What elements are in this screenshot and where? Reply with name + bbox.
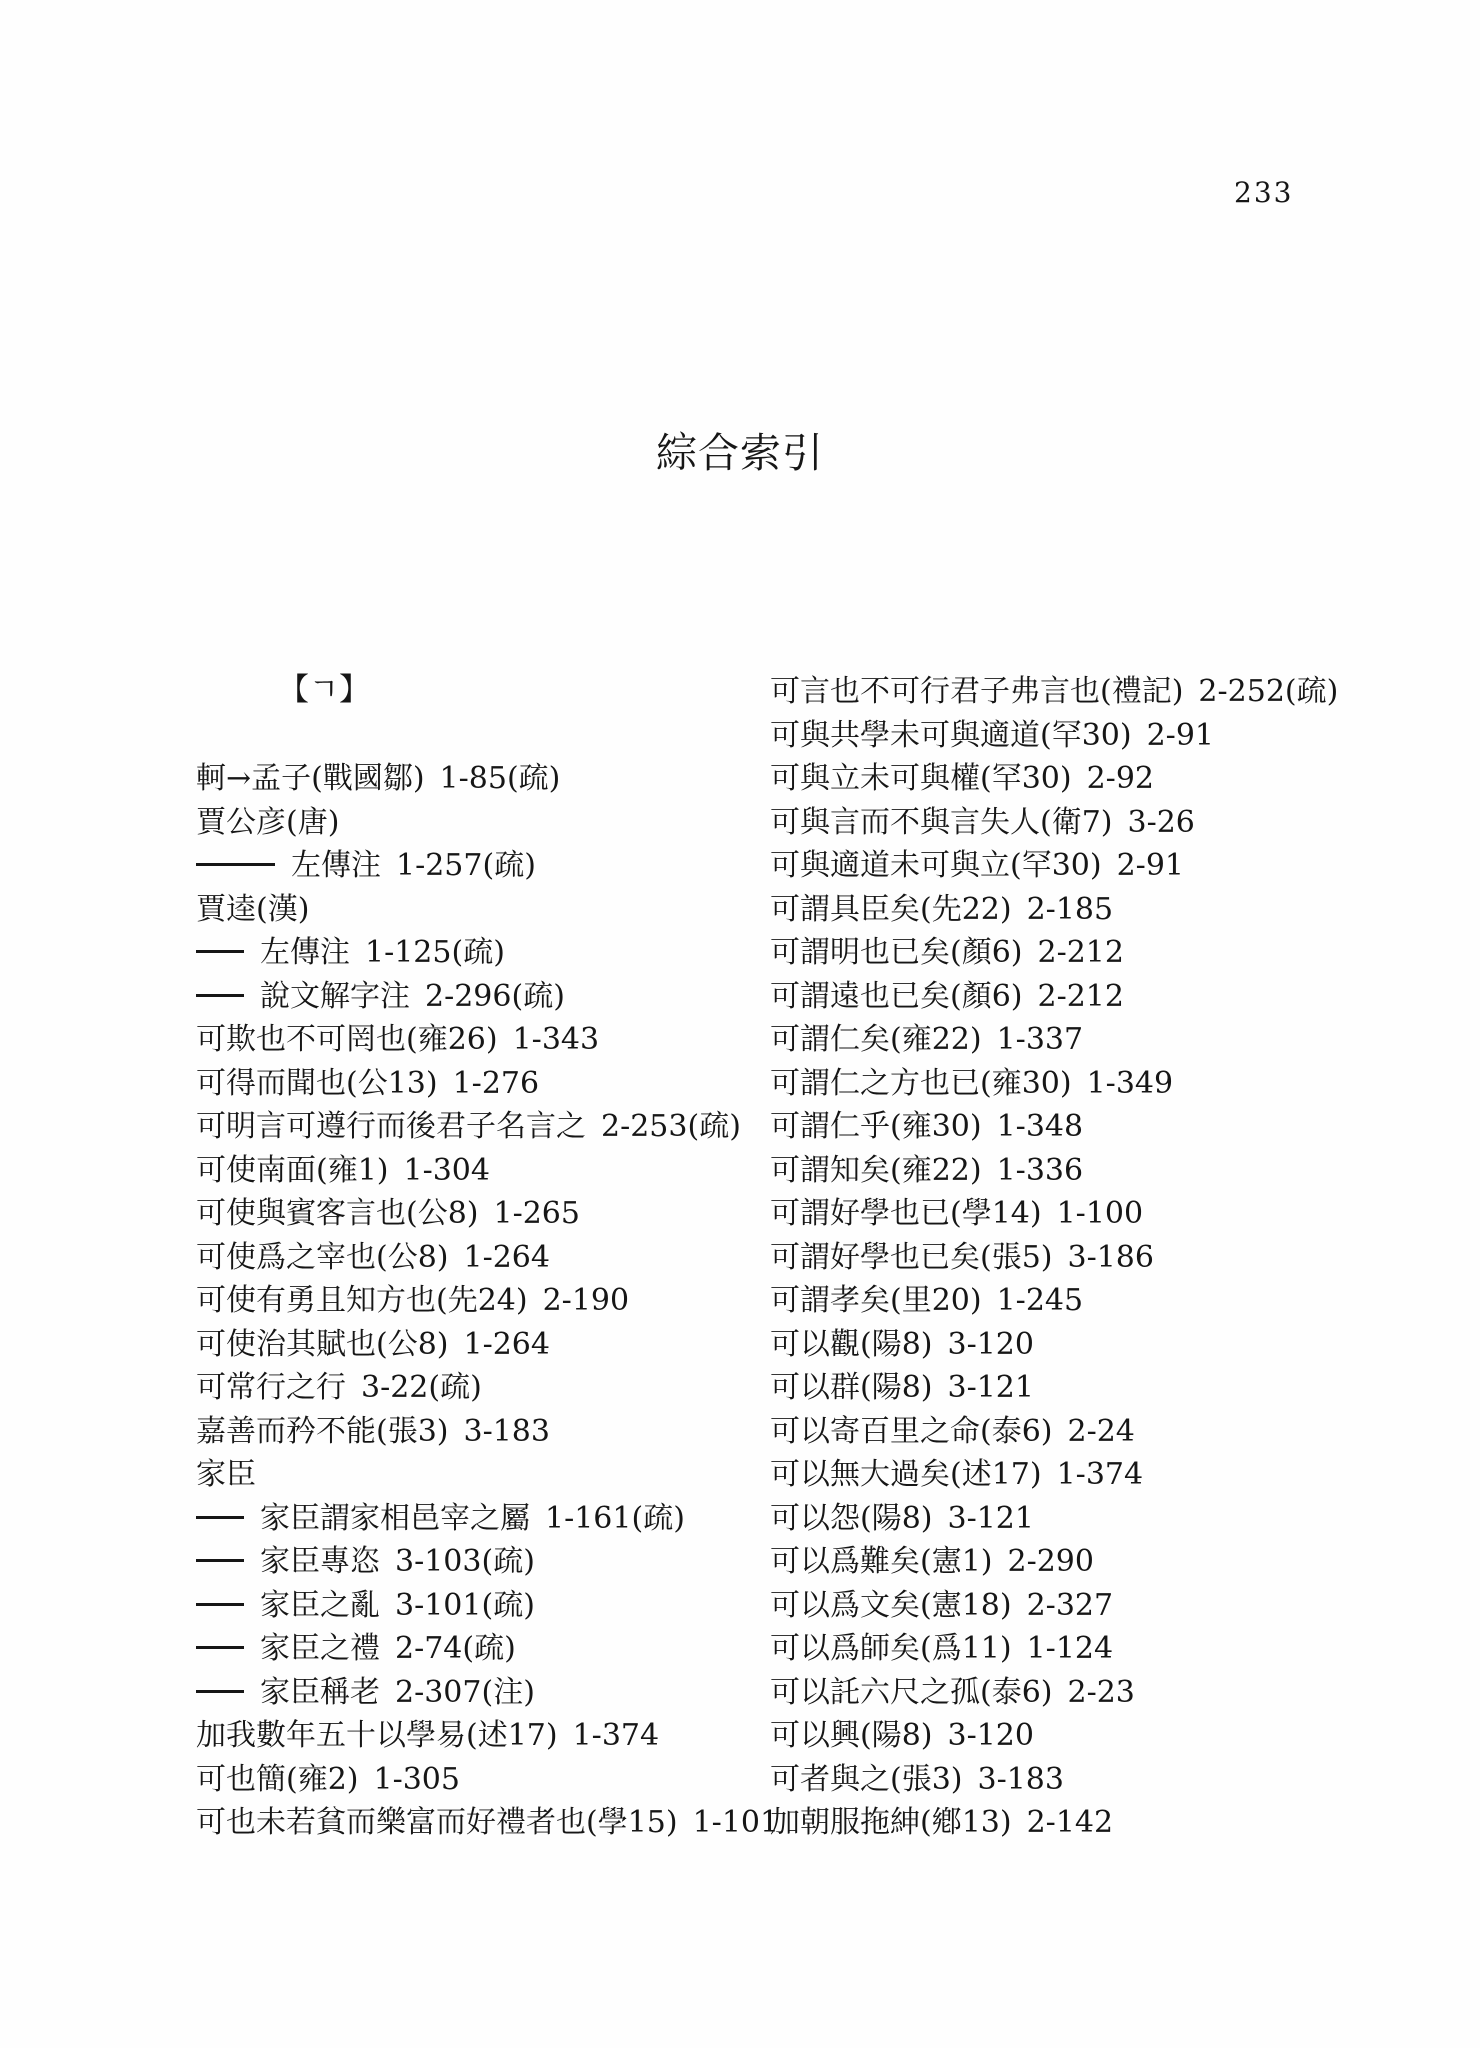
index-entry-row: 可謂仁矣(雍22)1-337 (770, 1018, 1370, 1062)
index-entry-row: 可者與之(張3)3-183 (770, 1758, 1370, 1802)
right-column: 可言也不可行君子弗言也(禮記)2-252(疏)可與共學未可與適道(罕30)2-9… (770, 670, 1370, 1845)
entry-term: 可言也不可行君子弗言也(禮記) (770, 674, 1183, 709)
ditto-dash (196, 1603, 244, 1606)
entry-term: 可以爲難矣(憲1) (770, 1544, 993, 1579)
entry-term: 可以無大過矣(述17) (770, 1457, 1042, 1492)
entry-term: 可使治其賦也(公8) (196, 1327, 449, 1362)
entry-ref: 1-124 (1027, 1631, 1113, 1666)
entry-term: 可以怨(陽8) (770, 1501, 933, 1536)
index-entry-row: 家臣 (196, 1453, 781, 1497)
entry-ref: 1-245 (997, 1283, 1083, 1318)
entry-ref: 2-252(疏) (1198, 674, 1338, 709)
entry-ref: 1-101 (693, 1805, 779, 1840)
index-entry-row: 可言也不可行君子弗言也(禮記)2-252(疏) (770, 670, 1370, 714)
index-entry-row: 加我數年五十以學易(述17)1-374 (196, 1714, 781, 1758)
index-entry-row: 可以爲文矣(憲18)2-327 (770, 1584, 1370, 1628)
entry-term: 可謂遠也已矣(顏6) (770, 979, 1023, 1014)
entry-ref: 1-348 (997, 1109, 1083, 1144)
index-entry-row: 可使南面(雍1)1-304 (196, 1149, 781, 1193)
index-entry-row: 可以興(陽8)3-120 (770, 1714, 1370, 1758)
left-column: 軻→孟子(戰國鄒)1-85(疏)賈公彦(唐)左傳注1-257(疏)賈逵(漢)左傳… (196, 757, 781, 1845)
ditto-dash (196, 1646, 244, 1649)
entry-term: 可使有勇且知方也(先24) (196, 1283, 528, 1318)
entry-term: 可也簡(雍2) (196, 1762, 359, 1797)
entry-term: 可使爲之宰也(公8) (196, 1240, 449, 1275)
index-entry-row: 可謂知矣(雍22)1-336 (770, 1149, 1370, 1193)
entry-term: 可明言可遵行而後君子名言之 (196, 1109, 586, 1144)
entry-ref: 1-304 (404, 1153, 490, 1188)
entry-ref: 1-264 (464, 1240, 550, 1275)
index-entry-row: 可謂具臣矣(先22)2-185 (770, 888, 1370, 932)
index-entry-row: 家臣之亂3-101(疏) (196, 1584, 781, 1628)
index-entry-row: 左傳注1-125(疏) (196, 931, 781, 975)
entry-term: 賈逵(漢) (196, 892, 309, 927)
entry-term: 可與共學未可與適道(罕30) (770, 718, 1132, 753)
index-entry-row: 可以託六尺之孤(泰6)2-23 (770, 1671, 1370, 1715)
index-entry-row: 可使爲之宰也(公8)1-264 (196, 1236, 781, 1280)
entry-term: 可欺也不可罔也(雍26) (196, 1022, 498, 1057)
index-entry-row: 軻→孟子(戰國鄒)1-85(疏) (196, 757, 781, 801)
entry-ref: 3-103(疏) (395, 1544, 535, 1579)
ditto-dash (196, 950, 244, 953)
entry-ref: 2-212 (1038, 935, 1124, 970)
entry-ref: 1-85(疏) (440, 761, 561, 796)
entry-ref: 2-142 (1027, 1805, 1113, 1840)
entry-ref: 3-121 (948, 1501, 1034, 1536)
entry-ref: 2-190 (543, 1283, 629, 1318)
entry-ref: 1-343 (513, 1022, 599, 1057)
entry-term: 可使南面(雍1) (196, 1153, 389, 1188)
index-entry-row: 可謂明也已矣(顏6)2-212 (770, 931, 1370, 975)
entry-ref: 1-276 (453, 1066, 539, 1101)
entry-term: 家臣 (196, 1457, 256, 1492)
entry-term: 加朝服拖紳(鄕13) (770, 1805, 1012, 1840)
ditto-dash (196, 863, 275, 866)
entry-term: 可謂孝矣(里20) (770, 1283, 982, 1318)
entry-ref: 1-125(疏) (365, 935, 505, 970)
entry-term: 可以爲文矣(憲18) (770, 1588, 1012, 1623)
entry-ref: 2-92 (1087, 761, 1154, 796)
index-entry-row: 可也未若貧而樂富而好禮者也(學15)1-101 (196, 1801, 781, 1845)
index-entry-row: 可與適道未可與立(罕30)2-91 (770, 844, 1370, 888)
entry-term: 可與適道未可與立(罕30) (770, 848, 1102, 883)
index-entry-row: 可謂仁之方也已(雍30)1-349 (770, 1062, 1370, 1106)
entry-term: 可得而聞也(公13) (196, 1066, 438, 1101)
index-entry-row: 可謂仁乎(雍30)1-348 (770, 1105, 1370, 1149)
index-entry-row: 可使治其賦也(公8)1-264 (196, 1323, 781, 1367)
entry-term: 左傳注 (260, 935, 350, 970)
entry-ref: 1-336 (997, 1153, 1083, 1188)
index-entry-row: 可以怨(陽8)3-121 (770, 1497, 1370, 1541)
index-entry-row: 可以觀(陽8)3-120 (770, 1323, 1370, 1367)
entry-ref: 1-265 (494, 1196, 580, 1231)
entry-ref: 1-100 (1057, 1196, 1143, 1231)
entry-term: 可謂知矣(雍22) (770, 1153, 982, 1188)
index-entry-row: 可常行之行3-22(疏) (196, 1366, 781, 1410)
entry-term: 可謂仁之方也已(雍30) (770, 1066, 1072, 1101)
entry-ref: 1-264 (464, 1327, 550, 1362)
entry-term: 左傳注 (291, 848, 381, 883)
entry-term: 可謂好學也已(學14) (770, 1196, 1042, 1231)
entry-term: 可謂明也已矣(顏6) (770, 935, 1023, 970)
entry-term: 嘉善而矜不能(張3) (196, 1414, 449, 1449)
entry-ref: 2-24 (1068, 1414, 1135, 1449)
index-entry-row: 左傳注1-257(疏) (196, 844, 781, 888)
index-entry-row: 可與立未可與權(罕30)2-92 (770, 757, 1370, 801)
index-page: 233 綜合索引 【ㄱ】 軻→孟子(戰國鄒)1-85(疏)賈公彦(唐)左傳注1-… (0, 0, 1480, 2048)
index-entry-row: 可謂好學也已矣(張5)3-186 (770, 1236, 1370, 1280)
entry-ref: 1-305 (374, 1762, 460, 1797)
index-entry-row: 家臣稱老2-307(注) (196, 1671, 781, 1715)
index-entry-row: 可以群(陽8)3-121 (770, 1366, 1370, 1410)
entry-ref: 1-161(疏) (545, 1501, 685, 1536)
entry-term: 可者與之(張3) (770, 1762, 963, 1797)
index-entry-row: 可明言可遵行而後君子名言之2-253(疏) (196, 1105, 781, 1149)
entry-ref: 2-307(注) (395, 1675, 535, 1710)
index-entry-row: 可與共學未可與適道(罕30)2-91 (770, 714, 1370, 758)
entry-ref: 3-26 (1128, 805, 1195, 840)
index-entry-row: 可與言而不與言失人(衛7)3-26 (770, 801, 1370, 845)
index-entry-row: 可以爲難矣(憲1)2-290 (770, 1540, 1370, 1584)
entry-term: 可以爲師矣(爲11) (770, 1631, 1012, 1666)
section-header-giyeok: 【ㄱ】 (278, 664, 370, 709)
index-entry-row: 可以爲師矣(爲11)1-124 (770, 1627, 1370, 1671)
entry-term: 可使與賓客言也(公8) (196, 1196, 479, 1231)
entry-ref: 3-120 (948, 1718, 1034, 1753)
index-entry-row: 可謂遠也已矣(顏6)2-212 (770, 975, 1370, 1019)
ditto-dash (196, 1516, 244, 1519)
entry-term: 可也未若貧而樂富而好禮者也(學15) (196, 1805, 678, 1840)
entry-term: 家臣之亂 (260, 1588, 380, 1623)
entry-ref: 2-91 (1117, 848, 1184, 883)
page-title: 綜合索引 (0, 420, 1480, 479)
entry-ref: 2-253(疏) (601, 1109, 741, 1144)
entry-term: 可以寄百里之命(泰6) (770, 1414, 1053, 1449)
entry-term: 可與立未可與權(罕30) (770, 761, 1072, 796)
index-entry-row: 可謂孝矣(里20)1-245 (770, 1279, 1370, 1323)
entry-term: 可以群(陽8) (770, 1370, 933, 1405)
entry-term: 可以觀(陽8) (770, 1327, 933, 1362)
index-entry-row: 可使有勇且知方也(先24)2-190 (196, 1279, 781, 1323)
ditto-dash (196, 994, 244, 997)
entry-ref: 3-22(疏) (361, 1370, 482, 1405)
entry-term: 可謂仁矣(雍22) (770, 1022, 982, 1057)
entry-term: 可以興(陽8) (770, 1718, 933, 1753)
entry-term: 說文解字注 (260, 979, 410, 1014)
entry-term: 可常行之行 (196, 1370, 346, 1405)
entry-ref: 2-23 (1068, 1675, 1135, 1710)
index-entry-row: 可使與賓客言也(公8)1-265 (196, 1192, 781, 1236)
index-entry-row: 可以無大過矣(述17)1-374 (770, 1453, 1370, 1497)
index-entry-row: 家臣之禮2-74(疏) (196, 1627, 781, 1671)
entry-ref: 1-374 (573, 1718, 659, 1753)
index-entry-row: 家臣專恣3-103(疏) (196, 1540, 781, 1584)
index-entry-row: 賈逵(漢) (196, 888, 781, 932)
entry-term: 加我數年五十以學易(述17) (196, 1718, 558, 1753)
entry-term: 家臣稱老 (260, 1675, 380, 1710)
index-entry-row: 賈公彦(唐) (196, 801, 781, 845)
entry-term: 可謂具臣矣(先22) (770, 892, 1012, 927)
ditto-dash (196, 1559, 244, 1562)
entry-term: 家臣之禮 (260, 1631, 380, 1666)
entry-term: 賈公彦(唐) (196, 805, 339, 840)
entry-ref: 2-74(疏) (395, 1631, 516, 1666)
entry-ref: 3-101(疏) (395, 1588, 535, 1623)
entry-term: 可謂仁乎(雍30) (770, 1109, 982, 1144)
index-entry-row: 可以寄百里之命(泰6)2-24 (770, 1410, 1370, 1454)
entry-ref: 2-327 (1027, 1588, 1113, 1623)
entry-ref: 2-290 (1008, 1544, 1094, 1579)
index-entry-row: 加朝服拖紳(鄕13)2-142 (770, 1801, 1370, 1845)
entry-ref: 1-257(疏) (396, 848, 536, 883)
entry-ref: 2-91 (1147, 718, 1214, 753)
index-entry-row: 可也簡(雍2)1-305 (196, 1758, 781, 1802)
entry-ref: 3-183 (464, 1414, 550, 1449)
entry-ref: 2-185 (1027, 892, 1113, 927)
entry-ref: 1-349 (1087, 1066, 1173, 1101)
entry-ref: 3-120 (948, 1327, 1034, 1362)
index-entry-row: 可謂好學也已(學14)1-100 (770, 1192, 1370, 1236)
entry-term: 家臣謂家相邑宰之屬 (260, 1501, 530, 1536)
index-entry-row: 可欺也不可罔也(雍26)1-343 (196, 1018, 781, 1062)
index-entry-row: 家臣謂家相邑宰之屬1-161(疏) (196, 1497, 781, 1541)
ditto-dash (196, 1690, 244, 1693)
entry-term: 可謂好學也已矣(張5) (770, 1240, 1053, 1275)
entry-ref: 2-296(疏) (425, 979, 565, 1014)
entry-ref: 1-337 (997, 1022, 1083, 1057)
index-entry-row: 嘉善而矜不能(張3)3-183 (196, 1410, 781, 1454)
entry-term: 可與言而不與言失人(衛7) (770, 805, 1113, 840)
index-entry-row: 可得而聞也(公13)1-276 (196, 1062, 781, 1106)
entry-ref: 2-212 (1038, 979, 1124, 1014)
entry-term: 軻→孟子(戰國鄒) (196, 761, 425, 796)
page-number: 233 (1234, 176, 1293, 209)
entry-ref: 3-121 (948, 1370, 1034, 1405)
entry-term: 可以託六尺之孤(泰6) (770, 1675, 1053, 1710)
entry-ref: 3-183 (978, 1762, 1064, 1797)
entry-term: 家臣專恣 (260, 1544, 380, 1579)
entry-ref: 1-374 (1057, 1457, 1143, 1492)
index-entry-row: 說文解字注2-296(疏) (196, 975, 781, 1019)
entry-ref: 3-186 (1068, 1240, 1154, 1275)
